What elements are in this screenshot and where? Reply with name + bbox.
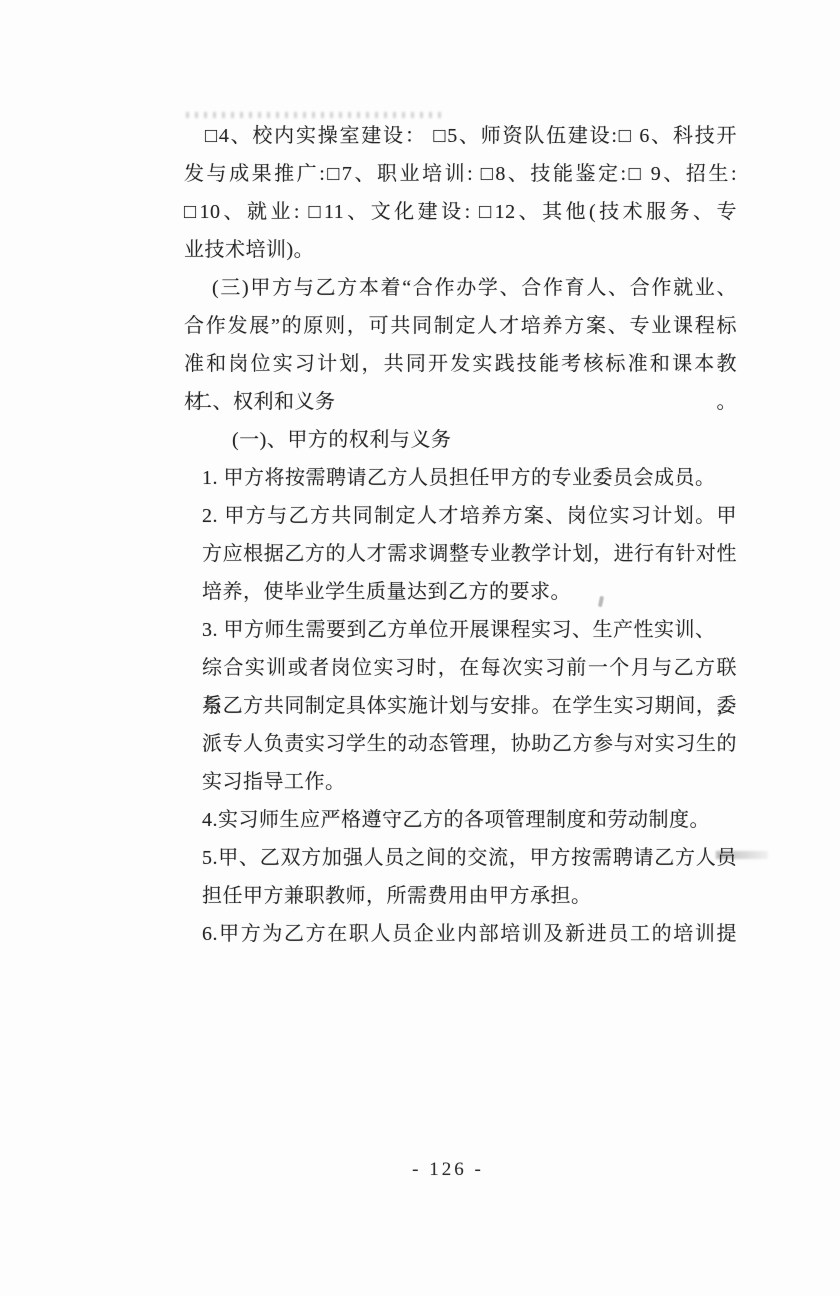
- text-line: 派专人负责实习学生的动态管理，协助乙方参与对实习生的: [184, 725, 737, 763]
- text-line: 6.甲方为乙方在职人员企业内部培训及新进员工的培训提: [184, 915, 737, 953]
- text-line: 4.实习师生应严格遵守乙方的各项管理制度和劳动制度。: [184, 801, 737, 839]
- text-line: 3. 甲方师生需要到乙方单位开展课程实习、生产性实训、: [184, 611, 737, 649]
- text-line: (三)甲方与乙方本着“合作办学、合作育人、合作就业、: [184, 269, 737, 307]
- text-line: 培养，使毕业学生质量达到乙方的要求。: [184, 573, 737, 611]
- text-line: 2. 甲方与乙方共同制定人才培养方案、岗位实习计划。甲: [184, 497, 737, 535]
- text-line: □4、校内实操室建设： □5、师资队伍建设:□ 6、科技开: [184, 117, 737, 155]
- text-line: 准和岗位实习计划，共同开发实践技能考核标准和课本教材。: [184, 345, 737, 383]
- text-line: 方应根据乙方的人才需求调整专业教学计划，进行有针对性: [184, 535, 737, 573]
- text-line: 5.甲、乙双方加强人员之间的交流，甲方按需聘请乙方人员: [184, 839, 737, 877]
- document-page: □4、校内实操室建设： □5、师资队伍建设:□ 6、科技开发与成果推广:□7、职…: [0, 0, 840, 1296]
- text-line: 实习指导工作。: [184, 763, 737, 801]
- text-line: 1. 甲方将按需聘请乙方人员担任甲方的专业委员会成员。: [184, 459, 737, 497]
- text-line: 业技术培训)。: [184, 231, 737, 269]
- contract-body: □4、校内实操室建设： □5、师资队伍建设:□ 6、科技开发与成果推广:□7、职…: [184, 117, 737, 953]
- text-line: 担任甲方兼职教师，所需费用由甲方承担。: [184, 877, 737, 915]
- text-line: □10、就业: □11、文化建设: □12、其他(技术服务、专: [184, 193, 737, 231]
- text-line: 与乙方共同制定具体实施计划与安排。在学生实习期间，委: [184, 687, 737, 725]
- text-line: (一)、甲方的权利与义务: [184, 421, 737, 459]
- text-line: 综合实训或者岗位实习时，在每次实习前一个月与乙方联系，: [184, 649, 737, 687]
- text-line: 发与成果推广:□7、职业培训: □8、技能鉴定:□ 9、招生:: [184, 155, 737, 193]
- page-number: - 126 -: [398, 1159, 498, 1181]
- text-line: 合作发展”的原则，可共同制定人才培养方案、专业课程标: [184, 307, 737, 345]
